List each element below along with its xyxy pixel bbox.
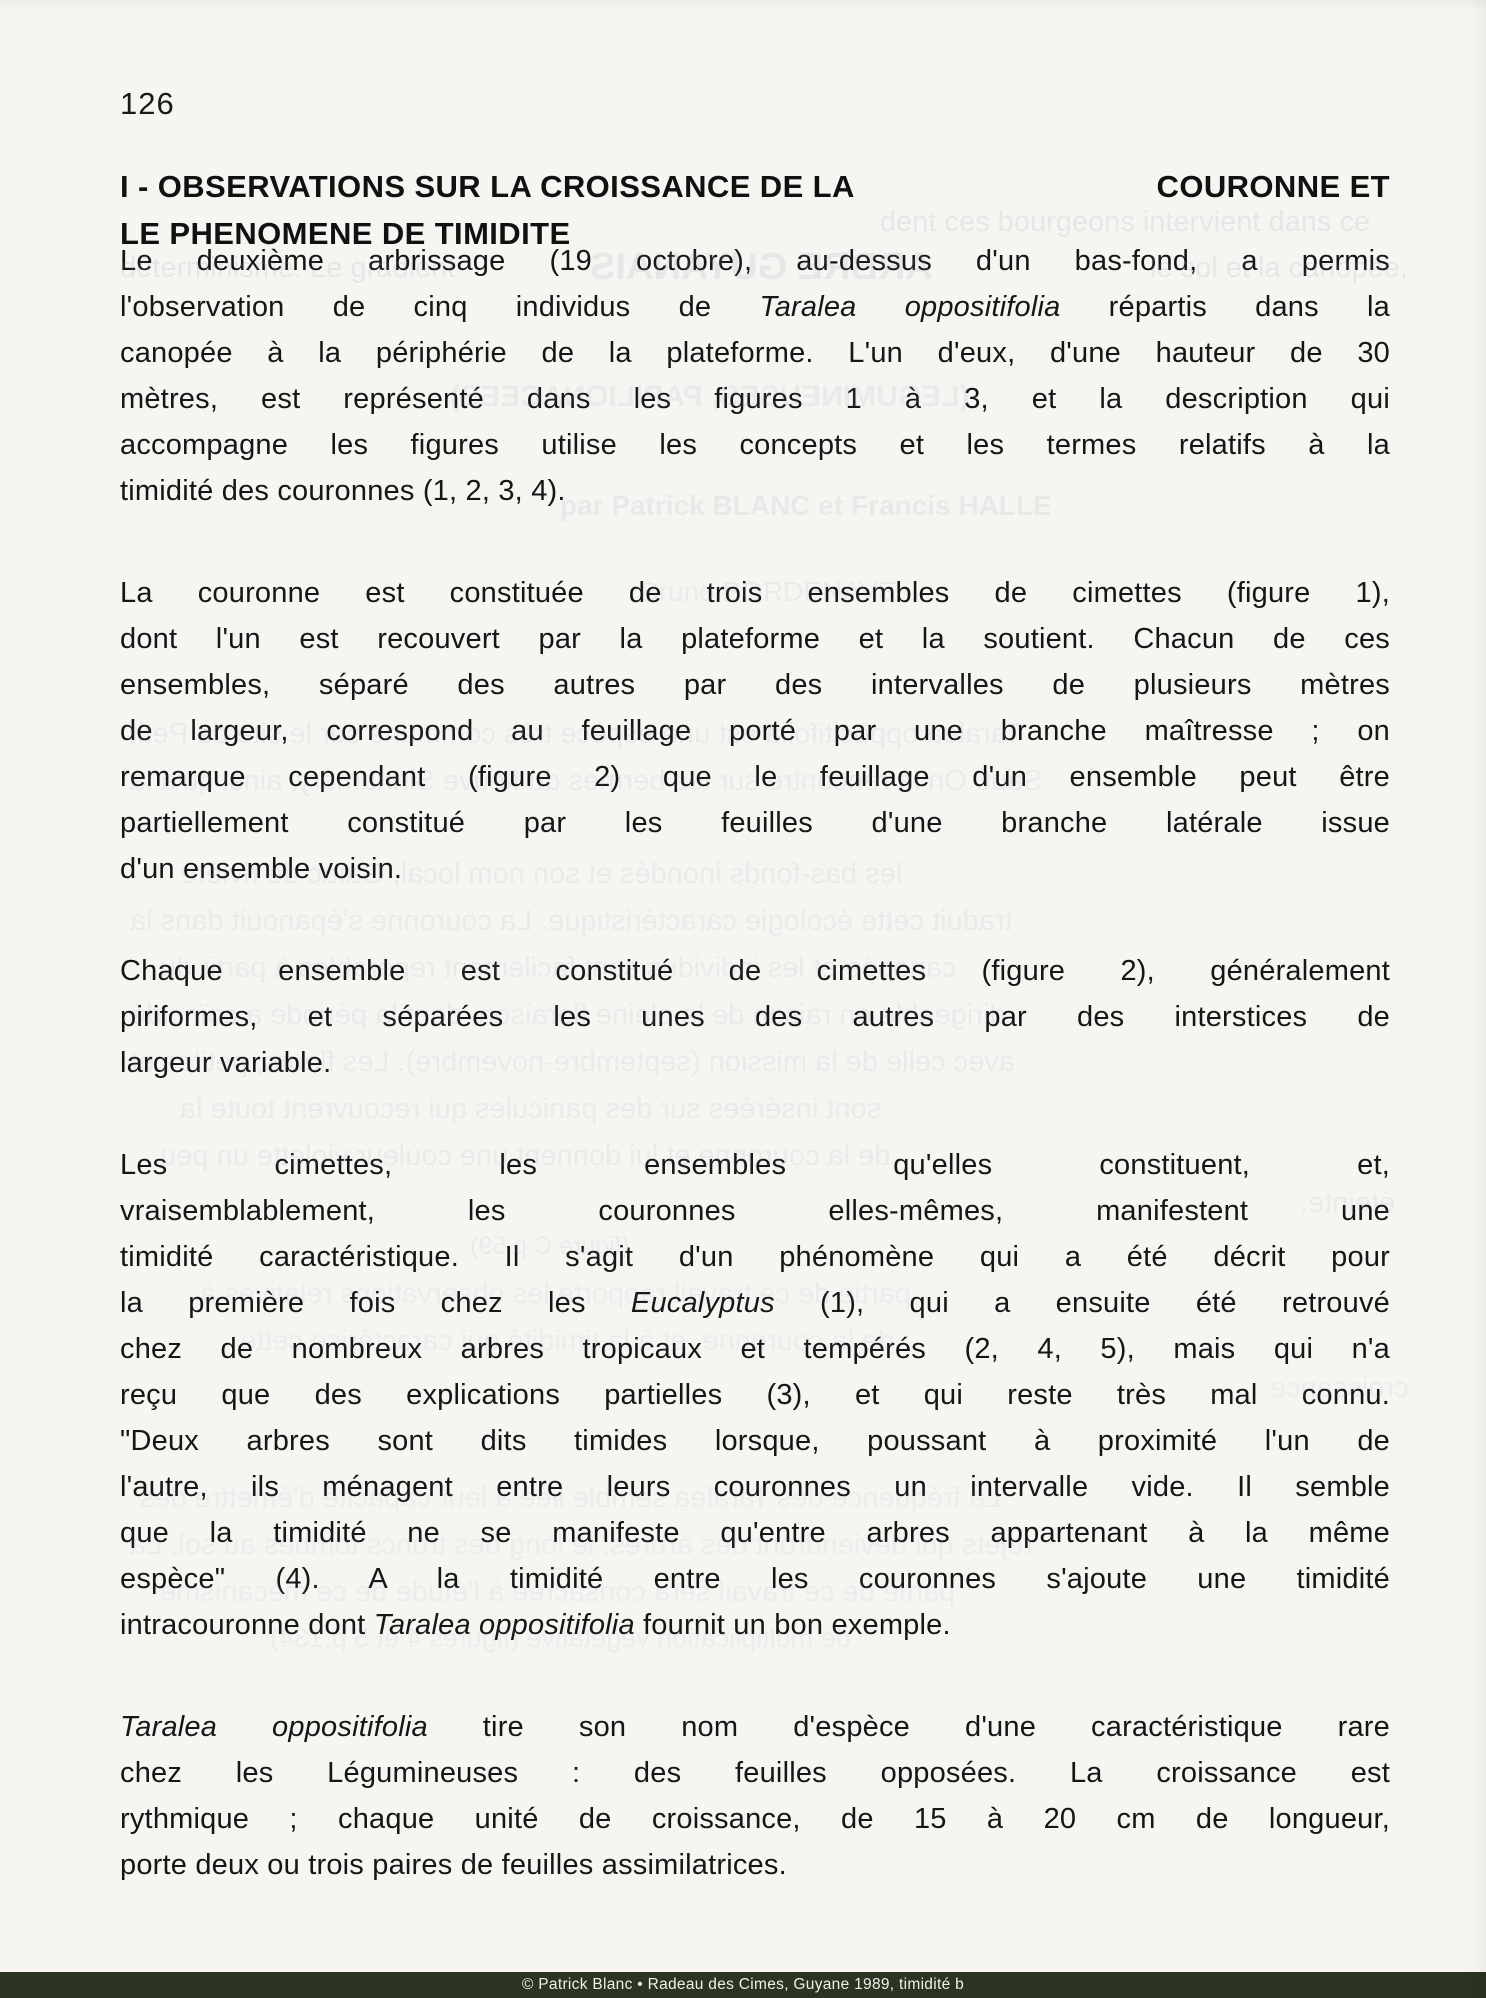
paragraph: Chaque ensemble est constitué de cimette…: [120, 948, 1390, 1086]
paragraph: Taralea oppositifolia tire son nom d'esp…: [120, 1704, 1390, 1888]
text-line: dont l'un est recouvert par la plateform…: [120, 616, 1390, 662]
text-segment: reçu que des explications partielles (3)…: [120, 1379, 1390, 1411]
scanned-page: 126 I - OBSERVATIONS SUR LA CROISSANCE D…: [0, 0, 1486, 1998]
text-segment: intracouronne dont: [120, 1609, 374, 1641]
text-segment: Les cimettes, les ensembles qu'elles con…: [120, 1149, 1390, 1181]
text-segment: mètres, est représenté dans les figures …: [120, 383, 1390, 415]
section-heading-line1: I - OBSERVATIONS SUR LA CROISSANCE DE LA…: [120, 163, 1390, 210]
section-heading-line1-right: COURONNE ET: [1157, 163, 1390, 210]
text-segment: "Deux arbres sont dits timides lorsque, …: [120, 1425, 1390, 1457]
text-line: mètres, est représenté dans les figures …: [120, 376, 1390, 422]
text-line: porte deux ou trois paires de feuilles a…: [120, 1842, 1390, 1888]
text-line: remarque cependant (figure 2) que le feu…: [120, 754, 1390, 800]
text-line: vraisemblablement, les couronnes elles-m…: [120, 1188, 1390, 1234]
text-line: d'un ensemble voisin.: [120, 846, 1390, 892]
text-line: accompagne les figures utilise les conce…: [120, 422, 1390, 468]
text-segment: (1), qui a ensuite été retrouvé: [775, 1287, 1390, 1319]
text-line: "Deux arbres sont dits timides lorsque, …: [120, 1418, 1390, 1464]
text-line: chez les Légumineuses : des feuilles opp…: [120, 1750, 1390, 1796]
body-text: Le deuxième arbrissage (19 octobre), au-…: [120, 238, 1390, 1944]
text-line: que la timidité ne se manifeste qu'entre…: [120, 1510, 1390, 1556]
text-segment: timidité des couronnes (1, 2, 3, 4).: [120, 475, 566, 507]
text-segment: partiellement constitué par les feuilles…: [120, 807, 1390, 839]
text-line: canopée à la périphérie de la plateforme…: [120, 330, 1390, 376]
text-line: La couronne est constituée de trois ense…: [120, 570, 1390, 616]
text-segment: accompagne les figures utilise les conce…: [120, 429, 1390, 461]
text-line: largeur variable.: [120, 1040, 1390, 1086]
text-segment: l'autre, ils ménagent entre leurs couron…: [120, 1471, 1390, 1503]
text-segment: porte deux ou trois paires de feuilles a…: [120, 1849, 787, 1881]
text-line: l'observation de cinq individus de Taral…: [120, 284, 1390, 330]
footer-bar: © Patrick Blanc • Radeau des Cimes, Guya…: [0, 1972, 1486, 1998]
text-segment: que la timidité ne se manifeste qu'entre…: [120, 1517, 1390, 1549]
text-line: piriformes, et séparées les unes des aut…: [120, 994, 1390, 1040]
text-line: timidité caractéristique. Il s'agit d'un…: [120, 1234, 1390, 1280]
page-number: 126: [120, 86, 175, 122]
text-segment: remarque cependant (figure 2) que le feu…: [120, 761, 1390, 793]
text-segment: espèce" (4). A la timidité entre les cou…: [120, 1563, 1390, 1595]
text-line: Chaque ensemble est constitué de cimette…: [120, 948, 1390, 994]
paragraph: La couronne est constituée de trois ense…: [120, 570, 1390, 892]
text-segment: Le deuxième arbrissage (19 octobre), au-…: [120, 245, 1390, 277]
footer-credit: © Patrick Blanc • Radeau des Cimes, Guya…: [522, 1976, 964, 1994]
text-segment: piriformes, et séparées les unes des aut…: [120, 1001, 1390, 1033]
text-segment: ensembles, séparé des autres par des int…: [120, 669, 1390, 701]
text-segment: vraisemblablement, les couronnes elles-m…: [120, 1195, 1390, 1227]
text-segment: largeur variable.: [120, 1047, 331, 1079]
text-segment: la première fois chez les: [120, 1287, 631, 1319]
text-line: partiellement constitué par les feuilles…: [120, 800, 1390, 846]
text-line: de largeur, correspond au feuillage port…: [120, 708, 1390, 754]
text-line: espèce" (4). A la timidité entre les cou…: [120, 1556, 1390, 1602]
text-segment: rythmique ; chaque unité de croissance, …: [120, 1803, 1390, 1835]
text-line: Les cimettes, les ensembles qu'elles con…: [120, 1142, 1390, 1188]
text-segment: chez les Légumineuses : des feuilles opp…: [120, 1757, 1390, 1789]
section-heading-line1-left: I - OBSERVATIONS SUR LA CROISSANCE DE LA: [120, 163, 855, 210]
text-segment: d'un ensemble voisin.: [120, 853, 402, 885]
text-segment: tire son nom d'espèce d'une caractéristi…: [428, 1711, 1390, 1743]
paragraph: Les cimettes, les ensembles qu'elles con…: [120, 1142, 1390, 1648]
text-line: chez de nombreux arbres tropicaux et tem…: [120, 1326, 1390, 1372]
text-line: Le deuxième arbrissage (19 octobre), au-…: [120, 238, 1390, 284]
text-segment: répartis dans la: [1060, 291, 1390, 323]
paragraph: Le deuxième arbrissage (19 octobre), au-…: [120, 238, 1390, 514]
text-line: reçu que des explications partielles (3)…: [120, 1372, 1390, 1418]
italic-species-name: Taralea oppositifolia: [120, 1711, 428, 1743]
text-line: ensembles, séparé des autres par des int…: [120, 662, 1390, 708]
text-segment: La couronne est constituée de trois ense…: [120, 577, 1390, 609]
text-line: Taralea oppositifolia tire son nom d'esp…: [120, 1704, 1390, 1750]
italic-species-name: Taralea oppositifolia: [759, 291, 1060, 323]
text-segment: Chaque ensemble est constitué de cimette…: [120, 955, 1390, 987]
text-segment: timidité caractéristique. Il s'agit d'un…: [120, 1241, 1390, 1273]
text-line: l'autre, ils ménagent entre leurs couron…: [120, 1464, 1390, 1510]
text-segment: de largeur, correspond au feuillage port…: [120, 715, 1390, 747]
text-line: rythmique ; chaque unité de croissance, …: [120, 1796, 1390, 1842]
text-line: la première fois chez les Eucalyptus (1)…: [120, 1280, 1390, 1326]
text-segment: dont l'un est recouvert par la plateform…: [120, 623, 1390, 655]
italic-species-name: Eucalyptus: [631, 1287, 775, 1319]
text-line: timidité des couronnes (1, 2, 3, 4).: [120, 468, 1390, 514]
text-line: intracouronne dont Taralea oppositifolia…: [120, 1602, 1390, 1648]
text-segment: canopée à la périphérie de la plateforme…: [120, 337, 1390, 369]
text-segment: l'observation de cinq individus de: [120, 291, 759, 323]
italic-species-name: Taralea oppositifolia: [374, 1609, 635, 1641]
text-segment: chez de nombreux arbres tropicaux et tem…: [120, 1333, 1390, 1365]
text-segment: fournit un bon exemple.: [635, 1609, 951, 1641]
